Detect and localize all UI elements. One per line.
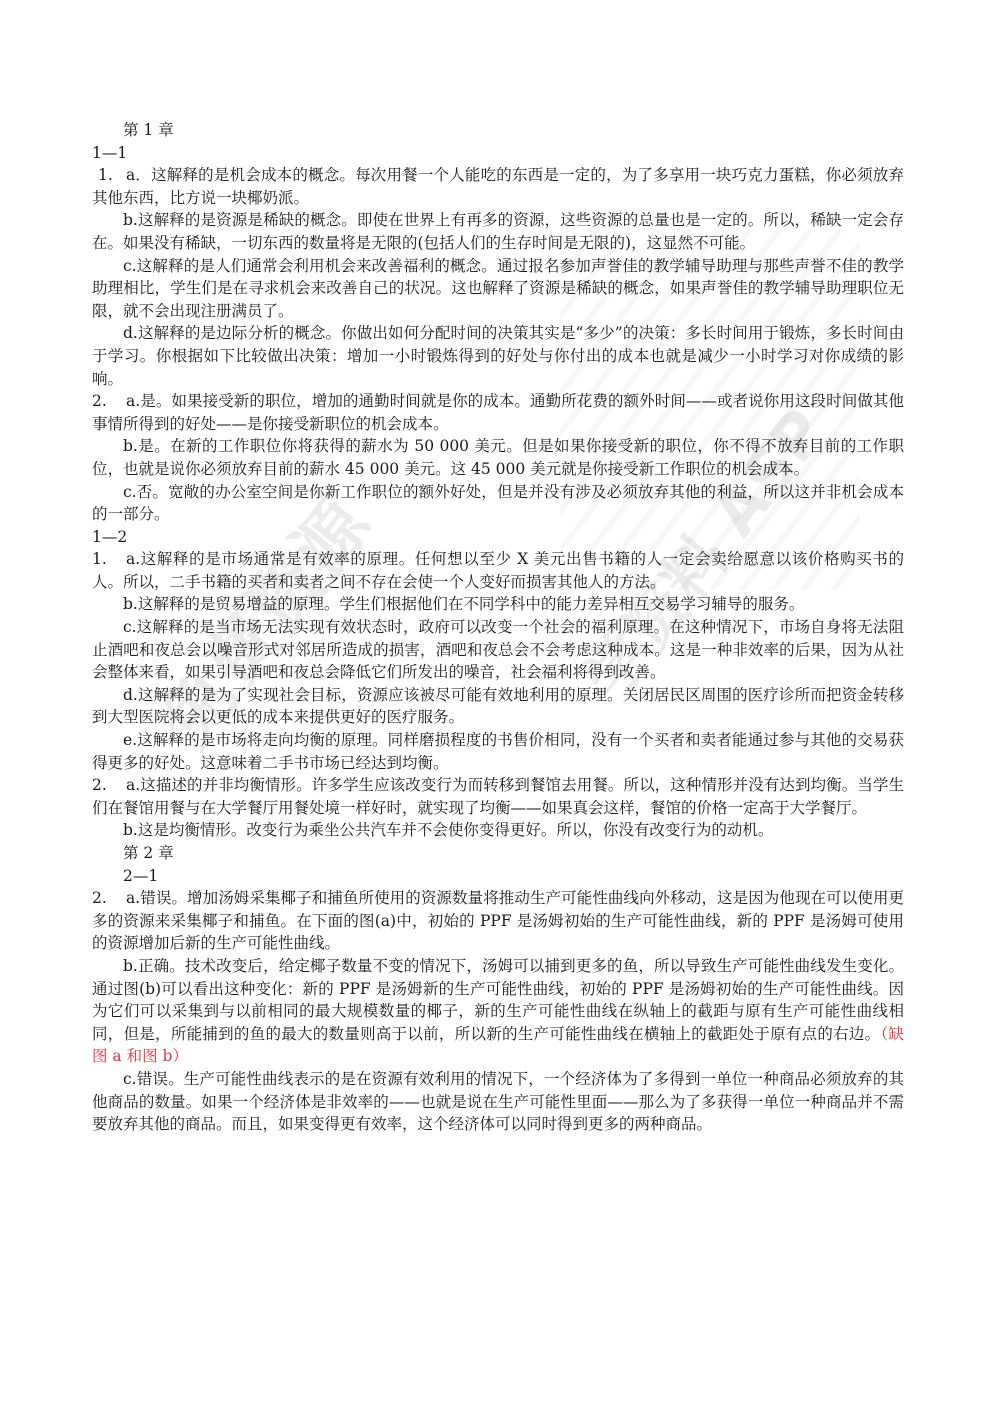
answer-1-2-q2b: b.这是均衡情形。改变行为乘坐公共汽车并不会使你变得更好。所以，你没有改变行为的… [92,819,904,842]
answer-text: b.正确。技术改变后，给定椰子数量不变的情况下，汤姆可以捕到更多的鱼，所以导致生… [92,957,904,1043]
answer-1-2-q1b: b.这解释的是贸易增益的原理。学生们根据他们在不同学科中的能力差异相互交易学习辅… [92,593,904,616]
answer-2-1-q2a: 2.a.错误。增加汤姆采集椰子和捕鱼所使用的资源数量将推动生产可能性曲线向外移动… [92,887,904,955]
answer-text: a.是。如果接受新的职位，增加的通勤时间就是你的成本。通勤所花费的额外时间——或… [92,392,904,433]
answer-text: a.错误。增加汤姆采集椰子和捕鱼所使用的资源数量将推动生产可能性曲线向外移动，这… [92,889,904,952]
answer-1-1-q1b: b.这解释的是资源是稀缺的概念。即使在世界上有再多的资源，这些资源的总量也是一定… [92,209,904,254]
answer-text: a.这解释的是市场通常是有效率的原理。任何想以至少 X 美元出售书籍的人一定会卖… [92,550,904,591]
answer-1-1-q1d: d.这解释的是边际分析的概念。你做出如何分配时间的决策其实是“多少”的决策：多长… [92,322,904,390]
question-number: 1. [92,164,126,187]
chapter-1-title: 第 1 章 [92,119,904,142]
document-page: 第 1 章 1—1 1.a．这解释的是机会成本的概念。每次用餐一个人能吃的东西是… [92,119,904,1136]
answer-1-1-q2c: c.否。宽敞的办公室空间是你新工作职位的额外好处，但是并没有涉及必须放弃其他的利… [92,481,904,526]
section-1-2-label: 1—2 [92,526,904,549]
answer-1-1-q1a: 1.a．这解释的是机会成本的概念。每次用餐一个人能吃的东西是一定的，为了多享用一… [92,164,904,209]
question-number: 1. [92,548,126,571]
answer-1-2-q1e: e.这解释的是市场将走向均衡的原理。同样磨损程度的书售价相同，没有一个买者和卖者… [92,729,904,774]
question-number: 2. [92,887,126,910]
answer-1-1-q2a: 2.a.是。如果接受新的职位，增加的通勤时间就是你的成本。通勤所花费的额外时间—… [92,390,904,435]
answer-1-1-q2b: b.是。在新的工作职位你将获得的薪水为 50 000 美元。但是如果你接受新的职… [92,435,904,480]
answer-1-2-q1c: c.这解释的是当市场无法实现有效状态时，政府可以改变一个社会的福利原理。在这种情… [92,616,904,684]
answer-1-2-q1d: d.这解释的是为了实现社会目标，资源应该被尽可能有效地利用的原理。关闭居民区周围… [92,684,904,729]
section-1-1-label: 1—1 [92,142,904,165]
chapter-2-title: 第 2 章 [92,842,904,865]
answer-2-1-q2b: b.正确。技术改变后，给定椰子数量不变的情况下，汤姆可以捕到更多的鱼，所以导致生… [92,955,904,1068]
answer-1-2-q1a: 1.a.这解释的是市场通常是有效率的原理。任何想以至少 X 美元出售书籍的人一定… [92,548,904,593]
answer-text: a．这解释的是机会成本的概念。每次用餐一个人能吃的东西是一定的，为了多享用一块巧… [92,166,904,207]
answer-1-2-q2a: 2.a.这描述的并非均衡情形。许多学生应该改变行为而转移到餐馆去用餐。所以，这种… [92,774,904,819]
question-number: 2. [92,390,126,413]
answer-1-1-q1c: c.这解释的是人们通常会利用机会来改善福利的概念。通过报名参加声誉佳的教学辅导助… [92,255,904,323]
answer-text: a.这描述的并非均衡情形。许多学生应该改变行为而转移到餐馆去用餐。所以，这种情形… [92,776,904,817]
question-number: 2. [92,774,126,797]
answer-2-1-q2c: c.错误。生产可能性曲线表示的是在资源有效利用的情况下，一个经济体为了多得到一单… [92,1068,904,1136]
section-2-1-label: 2—1 [92,865,904,888]
